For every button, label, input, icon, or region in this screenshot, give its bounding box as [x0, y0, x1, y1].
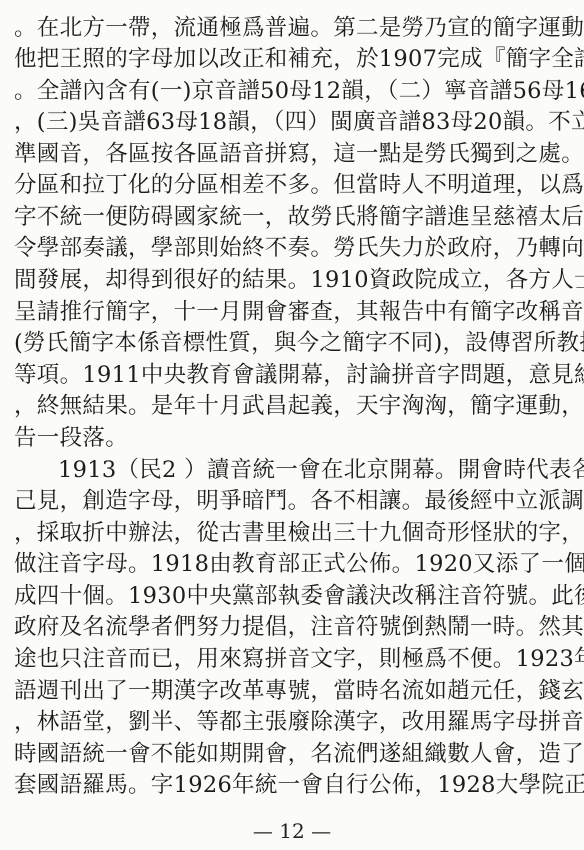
page-number: — 12 —: [0, 816, 584, 846]
text-line: 字不統一便防碍國家統一，故勞氏將簡字譜進呈慈禧太后，: [14, 202, 576, 232]
text-line: 他把王照的字母加以改正和補充，於1907完成『簡字全譜』: [14, 44, 576, 74]
text-line: 時國語統一會不能如期開會，名流們遂組織數人會，造了一: [14, 739, 576, 769]
text-line: ，採取折中辦法，從古書里檢出三十九個奇形怪狀的字，叫: [14, 518, 576, 548]
text-line: 分區和拉丁化的分區相差不多。但當時人不明道理，以爲文: [14, 170, 576, 200]
text-line: 間發展，却得到很好的結果。1910資政院成立，各方人士均: [14, 265, 576, 295]
text-line: (勞氏簡字本係音標性質，與今之簡字不同)，設傳習所教授: [14, 328, 576, 358]
text-line: ，終無結果。是年十月武昌起義，天宇洶洶，簡字運動，也: [14, 391, 576, 421]
text-line: ，林語堂，劉半、等都主張廢除漢字，改用羅馬字母拼音。: [14, 707, 576, 737]
text-line: 等項。1911中央教育會議開幕，討論拼音字問題，意見紛紜: [14, 360, 576, 390]
text-line: ，(三)吳音譜63母18韻，（四）閩廣音譜83母20韻。不立標: [14, 107, 576, 137]
text-line: 語週刊出了一期漢字改革專號，當時名流如趙元任，錢玄同: [14, 676, 576, 706]
text-line: 告一段落。: [14, 423, 576, 453]
text-line: 套國語羅馬。字1926年統一會自行公佈，1928大學院正式公: [14, 770, 576, 800]
text-line: 。在北方一帶，流通極爲普遍。第二是勞乃宣的簡字運動。: [14, 13, 576, 43]
text-line: 呈請推行簡字，十一月開會審查，其報告中有簡字改稱音標: [14, 297, 576, 327]
text-line: 途也只注音而已，用來寫拼音文字，則極爲不便。1923年國: [14, 644, 576, 674]
paragraph-start-line: 1913（民2 ）讀音統一會在北京開幕。開會時代表各出: [58, 455, 576, 485]
text-line: 政府及名流學者們努力提倡，注音符號倒熱鬧一時。然其用: [14, 612, 576, 642]
text-line: 己見，創造字母，明爭暗鬥。各不相讓。最後經中立派調解: [14, 486, 576, 516]
text-line: 令學部奏議，學部則始終不奏。勞氏失力於政府，乃轉向民: [14, 233, 576, 263]
document-page: 。在北方一帶，流通極爲普遍。第二是勞乃宣的簡字運動。 他把王照的字母加以改正和補…: [0, 0, 584, 850]
text-line: 做注音字母。1918由教育部正式公佈。1920又添了一個，添: [14, 549, 576, 579]
text-line: 成四十個。1930中央黨部執委會議決改稱注音符號。此後經: [14, 581, 576, 611]
text-line: 。全譜內含有(一)京音譜50母12韻，（二）寧音譜56母16韻: [14, 76, 576, 106]
text-line: 準國音，各區按各區語音拼寫，這一點是勞氏獨到之處。其: [14, 139, 576, 169]
